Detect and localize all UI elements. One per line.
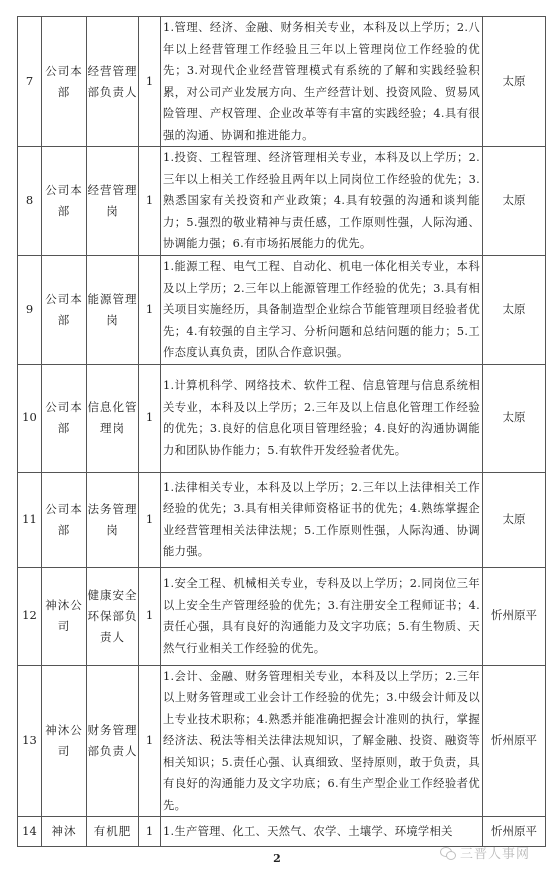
row-number: 13 (18, 665, 42, 817)
table-row: 14神沐有机肥11.生产管理、化工、天然气、农学、土壤学、环境学相关忻州原平 (18, 817, 546, 847)
position-name: 有机肥 (87, 817, 139, 847)
position-name: 财务管理部负责人 (87, 665, 139, 817)
headcount: 1 (139, 567, 161, 665)
headcount: 1 (139, 472, 161, 567)
work-location: 忻州原平 (483, 665, 546, 817)
position-name: 健康安全环保部负责人 (87, 567, 139, 665)
position-name: 经营管理岗 (87, 147, 139, 256)
work-location: 太原 (483, 147, 546, 256)
requirements: 1.能源工程、电气工程、自动化、机电一体化相关专业，本科及以上学历；2.三年以上… (161, 256, 483, 365)
hiring-unit: 神沐 (42, 817, 87, 847)
table-row: 13神沐公司财务管理部负责人11.会计、金融、财务管理相关专业，本科及以上学历；… (18, 665, 546, 817)
hiring-unit: 公司本部 (42, 472, 87, 567)
position-name: 信息化管理岗 (87, 364, 139, 472)
headcount: 1 (139, 147, 161, 256)
requirements: 1.生产管理、化工、天然气、农学、土壤学、环境学相关 (161, 817, 483, 847)
table-row: 8公司本部经营管理岗11.投资、工程管理、经济管理相关专业，本科及以上学历；2.… (18, 147, 546, 256)
row-number: 7 (18, 17, 42, 147)
requirements: 1.会计、金融、财务管理相关专业，本科及以上学历；2.三年以上财务管理或工业会计… (161, 665, 483, 817)
table-row: 10公司本部信息化管理岗11.计算机科学、网络技术、软件工程、信息管理与信息系统… (18, 364, 546, 472)
work-location: 太原 (483, 364, 546, 472)
hiring-unit: 公司本部 (42, 256, 87, 365)
hiring-unit: 公司本部 (42, 364, 87, 472)
table-row: 11公司本部法务管理岗11.法律相关专业，本科及以上学历；2.三年以上法律相关工… (18, 472, 546, 567)
hiring-unit: 神沐公司 (42, 665, 87, 817)
headcount: 1 (139, 817, 161, 847)
headcount: 1 (139, 17, 161, 147)
requirements: 1.法律相关专业，本科及以上学历；2.三年以上法律相关工作经验的优先；3.具有相… (161, 472, 483, 567)
table-row: 9公司本部能源管理岗11.能源工程、电气工程、自动化、机电一体化相关专业，本科及… (18, 256, 546, 365)
recruitment-table: 7公司本部经营管理部负责人11.管理、经济、金融、财务相关专业，本科及以上学历；… (17, 16, 546, 847)
work-location: 忻州原平 (483, 817, 546, 847)
headcount: 1 (139, 665, 161, 817)
requirements: 1.安全工程、机械相关专业，专科及以上学历；2.同岗位三年以上安全生产管理经验的… (161, 567, 483, 665)
requirements: 1.计算机科学、网络技术、软件工程、信息管理与信息系统相关专业，本科及以上学历；… (161, 364, 483, 472)
row-number: 9 (18, 256, 42, 365)
work-location: 太原 (483, 17, 546, 147)
row-number: 11 (18, 472, 42, 567)
headcount: 1 (139, 256, 161, 365)
table-row: 12神沐公司健康安全环保部负责人11.安全工程、机械相关专业，专科及以上学历；2… (18, 567, 546, 665)
position-name: 法务管理岗 (87, 472, 139, 567)
page-number: 2 (0, 852, 554, 865)
row-number: 8 (18, 147, 42, 256)
position-name: 经营管理部负责人 (87, 17, 139, 147)
hiring-unit: 公司本部 (42, 17, 87, 147)
hiring-unit: 公司本部 (42, 147, 87, 256)
work-location: 太原 (483, 256, 546, 365)
row-number: 12 (18, 567, 42, 665)
headcount: 1 (139, 364, 161, 472)
table-row: 7公司本部经营管理部负责人11.管理、经济、金融、财务相关专业，本科及以上学历；… (18, 17, 546, 147)
work-location: 太原 (483, 472, 546, 567)
requirements: 1.投资、工程管理、经济管理相关专业，本科及以上学历；2.三年以上相关工作经验且… (161, 147, 483, 256)
position-name: 能源管理岗 (87, 256, 139, 365)
hiring-unit: 神沐公司 (42, 567, 87, 665)
table-body: 7公司本部经营管理部负责人11.管理、经济、金融、财务相关专业，本科及以上学历；… (18, 17, 546, 847)
requirements: 1.管理、经济、金融、财务相关专业，本科及以上学历；2.八年以上经营管理工作经验… (161, 17, 483, 147)
row-number: 10 (18, 364, 42, 472)
work-location: 忻州原平 (483, 567, 546, 665)
row-number: 14 (18, 817, 42, 847)
